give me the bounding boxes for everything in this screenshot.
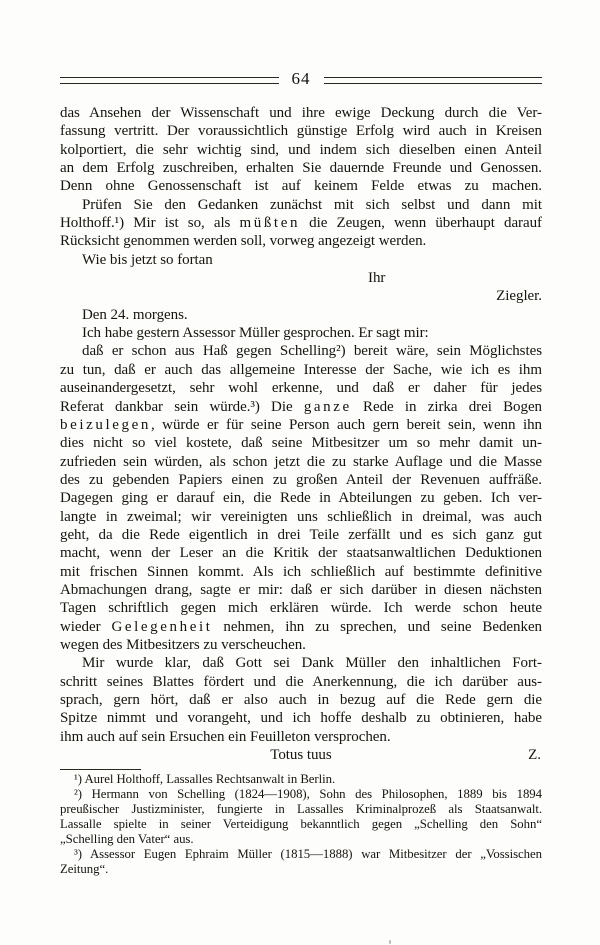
text-line: Dagegen ging er darauf ein, die Rede in … <box>60 489 542 507</box>
signature-initial: Z. <box>528 746 541 764</box>
text-line: schritt seines Blattes fördert und die A… <box>60 673 542 691</box>
text-line: Prüfen Sie den Gedanken zunächst mit sic… <box>60 196 542 214</box>
text-line: macht, wenn der Leser an die Kritik der … <box>60 544 542 562</box>
text-line: an dem Erfolg zuschreiben, erhalten Sie … <box>60 159 542 177</box>
footnotes: ¹) Aurel Holthoff, Lassalles Rechtsanwal… <box>60 772 542 877</box>
scan-artifact <box>389 940 391 944</box>
text-line: beizulegen, würde er für seine Person au… <box>60 416 542 434</box>
header-rule-left <box>60 77 279 84</box>
text-line: Tagen schriftlich gegen mich erklären wü… <box>60 599 542 617</box>
book-page: 64 das Ansehen der Wissenschaft und ihre… <box>0 0 600 945</box>
text-line: Rücksicht genommen werden soll, vorweg a… <box>60 232 542 250</box>
text-line: sprach, gern hört, daß er also auch in b… <box>60 691 542 709</box>
text-line: fassung vertritt. Der voraussichtlich gü… <box>60 122 542 140</box>
text-line: wegen des Mitbesitzers zu verscheuchen. <box>60 636 542 654</box>
text-line: zufrieden sein würden, als schon jetzt d… <box>60 453 542 471</box>
text-line: „Schelling den Vater“ aus. <box>60 832 542 847</box>
text-line: des zu gebenden Papiers einen zu großen … <box>60 471 542 489</box>
letterspaced-emphasis: ganze <box>304 399 352 415</box>
text-line: Spitze nimmt und vorangeht, und ich hoff… <box>60 709 542 727</box>
text-line: dies nicht so viel kostete, daß seine Mi… <box>60 434 542 452</box>
header-rule-right <box>324 77 543 84</box>
text-line: ²) Hermann von Schelling (1824—1908), So… <box>60 787 542 802</box>
letterspaced-emphasis: beizulegen <box>60 417 151 433</box>
text-line: wieder Gelegenheit nehmen, ihn zu sprech… <box>60 618 542 636</box>
text-line: Lassalle spielte in seiner Verteidigung … <box>60 817 542 832</box>
text-line: ihm auch auf sein Ersuchen ein Feuilleto… <box>60 728 542 746</box>
text-line: ¹) Aurel Holthoff, Lassalles Rechtsanwal… <box>60 772 542 787</box>
page-number: 64 <box>292 69 311 89</box>
text-line: Wie bis jetzt so fortan <box>60 251 542 269</box>
text-line: Mir wurde klar, daß Gott sei Dank Müller… <box>60 654 542 672</box>
text-line: das Ansehen der Wissenschaft und ihre ew… <box>60 104 542 122</box>
text-line: Referat dankbar sein würde.³) Die ganze … <box>60 398 542 416</box>
letterspaced-emphasis: müßten <box>239 215 300 231</box>
text-line: Ihr <box>60 269 542 287</box>
text-line: preußischer Justizminister, fungierte in… <box>60 802 542 817</box>
footnote-separator-rule <box>60 769 141 770</box>
text-line: zu tun, daß er auch das allgemeine Inter… <box>60 361 542 379</box>
text-line: Abmachungen drang, sagte er mir: daß er … <box>60 581 542 599</box>
text-line: Ich habe gestern Assessor Müller gesproc… <box>60 324 542 342</box>
text-line: ³) Assessor Eugen Ephraim Müller (1815—1… <box>60 847 542 862</box>
text-line: kolportiert, die sehr wichtig sind, und … <box>60 141 542 159</box>
text-line: Zeitung“. <box>60 862 542 877</box>
text-line: Ziegler. <box>60 287 542 305</box>
body-text: das Ansehen der Wissenschaft und ihre ew… <box>60 104 542 764</box>
text-line: Denn ohne Genossenschaft ist auf keinem … <box>60 177 542 195</box>
text-line: Holthoff.¹) Mir ist so, als müßten die Z… <box>60 214 542 232</box>
running-head: 64 <box>60 70 542 90</box>
text-line: langte in zweimal; wir vereinigten uns s… <box>60 508 542 526</box>
text-line: Den 24. morgens. <box>60 306 542 324</box>
letterspaced-emphasis: Gelegenheit <box>111 619 212 635</box>
text-line: Totus tuusZ. <box>60 746 542 764</box>
text-line: geht, da die Rede eigentlich in drei Tei… <box>60 526 542 544</box>
text-line: mit frischen Sinnen kommt. Als ich schli… <box>60 563 542 581</box>
text-line: auseinandergesetzt, sehr wohl erkenne, u… <box>60 379 542 397</box>
text-line: daß er schon aus Haß gegen Schelling²) b… <box>60 342 542 360</box>
